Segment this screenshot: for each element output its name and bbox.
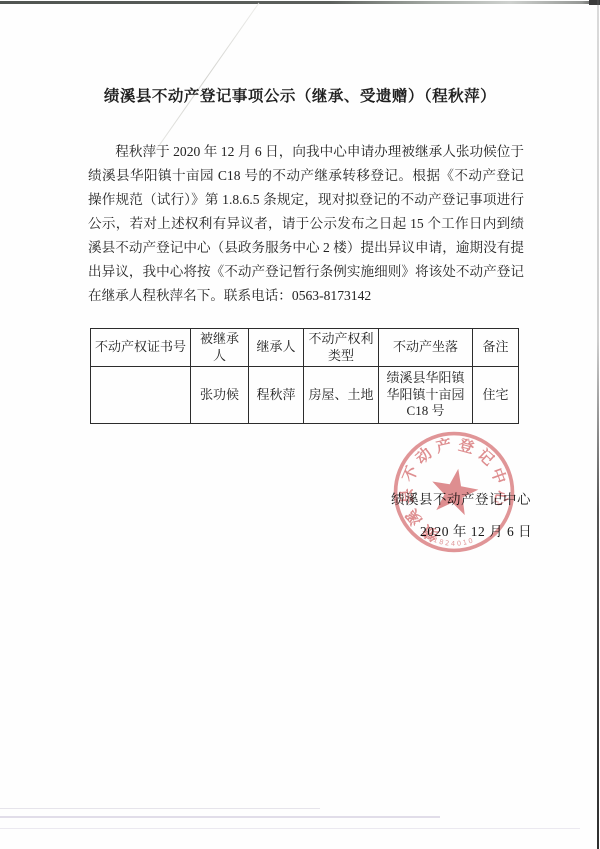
seal-code-digit: 4 — [451, 540, 455, 548]
column-header: 继承人 — [249, 329, 304, 367]
table-cell: 张功候 — [191, 367, 249, 424]
scan-artifact-right-edge — [597, 0, 599, 849]
scan-artifact-streak — [0, 808, 320, 809]
seal-star-icon — [428, 465, 482, 517]
column-header: 被继承人 — [191, 329, 249, 367]
column-header: 不动产权证书号 — [91, 329, 191, 367]
scan-artifact-streak — [0, 828, 580, 829]
column-header: 备注 — [473, 329, 519, 367]
seal-code-digit: 2 — [445, 539, 450, 547]
official-seal: 绩溪县不动产登记中心 341824010 — [372, 410, 536, 574]
seal-graphic: 绩溪县不动产登记中心 341824010 — [372, 410, 536, 574]
column-header: 不动产权利 类型 — [304, 329, 379, 367]
seal-arc-char: 县 — [397, 487, 416, 505]
table-row: 不动产权证书号被继承人继承人不动产权利 类型不动产坐落备注 — [91, 329, 519, 367]
column-header: 不动产坐落 — [379, 329, 473, 367]
table-header-row: 不动产权证书号被继承人继承人不动产权利 类型不动产坐落备注 — [91, 329, 519, 367]
seal-code-digit: 8 — [438, 538, 444, 547]
body-paragraph: 程秋萍于 2020 年 12 月 6 日，向我中心申请办理被继承人张功候位于绩溪… — [88, 140, 524, 308]
document-page: 绩溪县不动产登记事项公示（继承、受遗赠）（程秋萍） 程秋萍于 2020 年 12… — [0, 0, 600, 849]
scan-crease-line — [150, 3, 260, 159]
table-cell — [91, 367, 191, 424]
table-cell: 房屋、土地 — [304, 367, 379, 424]
scan-artifact-streak — [0, 816, 440, 818]
table-cell: 程秋萍 — [249, 367, 304, 424]
scan-artifact-top-edge — [0, 1, 600, 4]
seal-arc-char: 心 — [491, 489, 511, 507]
seal-code-digit: 0 — [467, 537, 474, 546]
document-title: 绩溪县不动产登记事项公示（继承、受遗赠）（程秋萍） — [0, 84, 600, 106]
seal-code-digit: 0 — [457, 539, 462, 547]
